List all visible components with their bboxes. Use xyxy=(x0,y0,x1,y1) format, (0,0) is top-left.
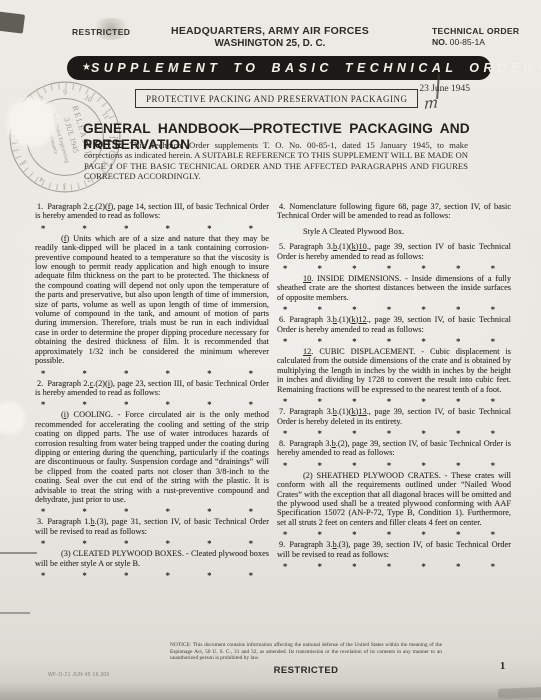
classification-footer: RESTRICTED xyxy=(170,665,442,676)
headquarters-city: WASHINGTON 25, D. C. xyxy=(150,38,390,49)
scan-blob xyxy=(0,398,26,438)
note-paragraph: NOTEThis Technical Order supplements T. … xyxy=(84,140,468,181)
technical-order-number: NO. 00-85-1A xyxy=(432,37,519,47)
stamp-dial-number: 4 xyxy=(38,175,45,184)
note-label: NOTE xyxy=(84,139,125,151)
nomenclature-line: Style A Cleated Plywood Box. xyxy=(303,227,511,236)
headquarters-block: HEADQUARTERS, ARMY AIR FORCES WASHINGTON… xyxy=(150,25,390,49)
amended-text: (i) COOLING. - Force circulated air is t… xyxy=(35,410,269,504)
asterisk-separator: ****** xyxy=(35,369,269,377)
asterisk-separator: ******* xyxy=(277,305,511,313)
technical-order-number-value: 00-85-1A xyxy=(450,37,485,47)
amendment-item: 3. Paragraph 1.b.(3), page 31, section I… xyxy=(35,517,269,536)
espionage-notice: NOTICE: This document contains informati… xyxy=(170,642,442,662)
scanned-technical-order-page: RESTRICTED HEADQUARTERS, ARMY AIR FORCES… xyxy=(0,0,541,700)
asterisk-separator: ******* xyxy=(277,562,511,570)
scan-margin-line xyxy=(0,552,37,554)
amendment-item: 7. Paragraph 3.b.(1)(k)13., page 39, sec… xyxy=(277,407,511,426)
amended-text: 12. CUBIC DISPLACEMENT. - Cubic displace… xyxy=(277,347,511,394)
asterisk-separator: ******* xyxy=(277,337,511,345)
amendment-item: 2. Paragraph 2.c.(2)(i), page 23, sectio… xyxy=(35,379,269,398)
stamp-dial-number: 10 xyxy=(83,93,94,104)
handwritten-initial: m xyxy=(424,93,439,113)
star-icon: ★ xyxy=(82,63,91,73)
asterisk-separator: ****** xyxy=(35,507,269,515)
star-icon: ★ xyxy=(537,63,541,73)
asterisk-separator: ******* xyxy=(277,530,511,538)
amended-text: 10. INSIDE DIMENSIONS. - Inside dimensio… xyxy=(277,274,511,302)
technical-order-block: TECHNICAL ORDER NO. 00-85-1A xyxy=(432,26,519,47)
scan-bottom-shade xyxy=(0,682,541,700)
scan-corner-mark xyxy=(0,11,25,33)
right-column: 4. Nomenclature following figure 68, pag… xyxy=(277,200,511,571)
scan-smear xyxy=(498,687,541,699)
stamp-dial-number: 9 xyxy=(63,89,67,97)
classification-header: RESTRICTED xyxy=(72,27,130,37)
amended-text: (f) Units which are of a size and nature… xyxy=(35,234,269,366)
amendment-item: 6. Paragraph 3.b.(1)(k)12., page 39, sec… xyxy=(277,315,511,334)
asterisk-separator: ******* xyxy=(277,397,511,405)
amended-text: (2) SHEATHED PLYWOOD CRATES. - These cra… xyxy=(277,471,511,527)
asterisk-separator: ******* xyxy=(277,461,511,469)
headquarters-line: HEADQUARTERS, ARMY AIR FORCES xyxy=(150,25,390,37)
stamp-dial-number: 3 xyxy=(63,182,67,190)
amendment-item: 8. Paragraph 3.b.(2), page 39, section I… xyxy=(277,439,511,458)
technical-order-label: TECHNICAL ORDER xyxy=(432,26,519,36)
asterisk-separator: ******* xyxy=(277,429,511,437)
asterisk-separator: ****** xyxy=(35,539,269,547)
banner-title: SUPPLEMENT TO BASIC TECHNICAL ORDER xyxy=(91,61,537,75)
amendment-item: 9. Paragraph 3.b.(3), page 39, section I… xyxy=(277,540,511,559)
scan-margin-line xyxy=(0,612,30,614)
left-column: 1. Paragraph 2.c.(2)(f), page 14, sectio… xyxy=(35,200,269,580)
print-code: WF-O-21 JUN 45 16,300 xyxy=(48,672,110,678)
technical-order-no-label: NO. xyxy=(432,37,447,47)
asterisk-separator: ****** xyxy=(35,571,269,579)
stamp-dial-number: 5 xyxy=(20,158,29,165)
punch-hole xyxy=(4,96,60,148)
asterisk-separator: ******* xyxy=(277,264,511,272)
subject-box: PROTECTIVE PACKING AND PRESERVATION PACK… xyxy=(135,89,418,108)
page-number: 1 xyxy=(500,661,505,672)
amendment-item: 1. Paragraph 2.c.(2)(f), page 14, sectio… xyxy=(35,202,269,221)
asterisk-separator: ****** xyxy=(35,400,269,408)
amendment-item: 4. Nomenclature following figure 68, pag… xyxy=(277,202,511,221)
supplement-banner: ★ SUPPLEMENT TO BASIC TECHNICAL ORDER ★ xyxy=(67,56,491,80)
amended-text: (3) CLEATED PLYWOOD BOXES. - Cleated ply… xyxy=(35,549,269,568)
amendment-item: 5. Paragraph 3.b.(1)(k)10., page 39, sec… xyxy=(277,242,511,261)
asterisk-separator: ****** xyxy=(35,224,269,232)
note-text: This Technical Order supplements T. O. N… xyxy=(84,140,468,181)
